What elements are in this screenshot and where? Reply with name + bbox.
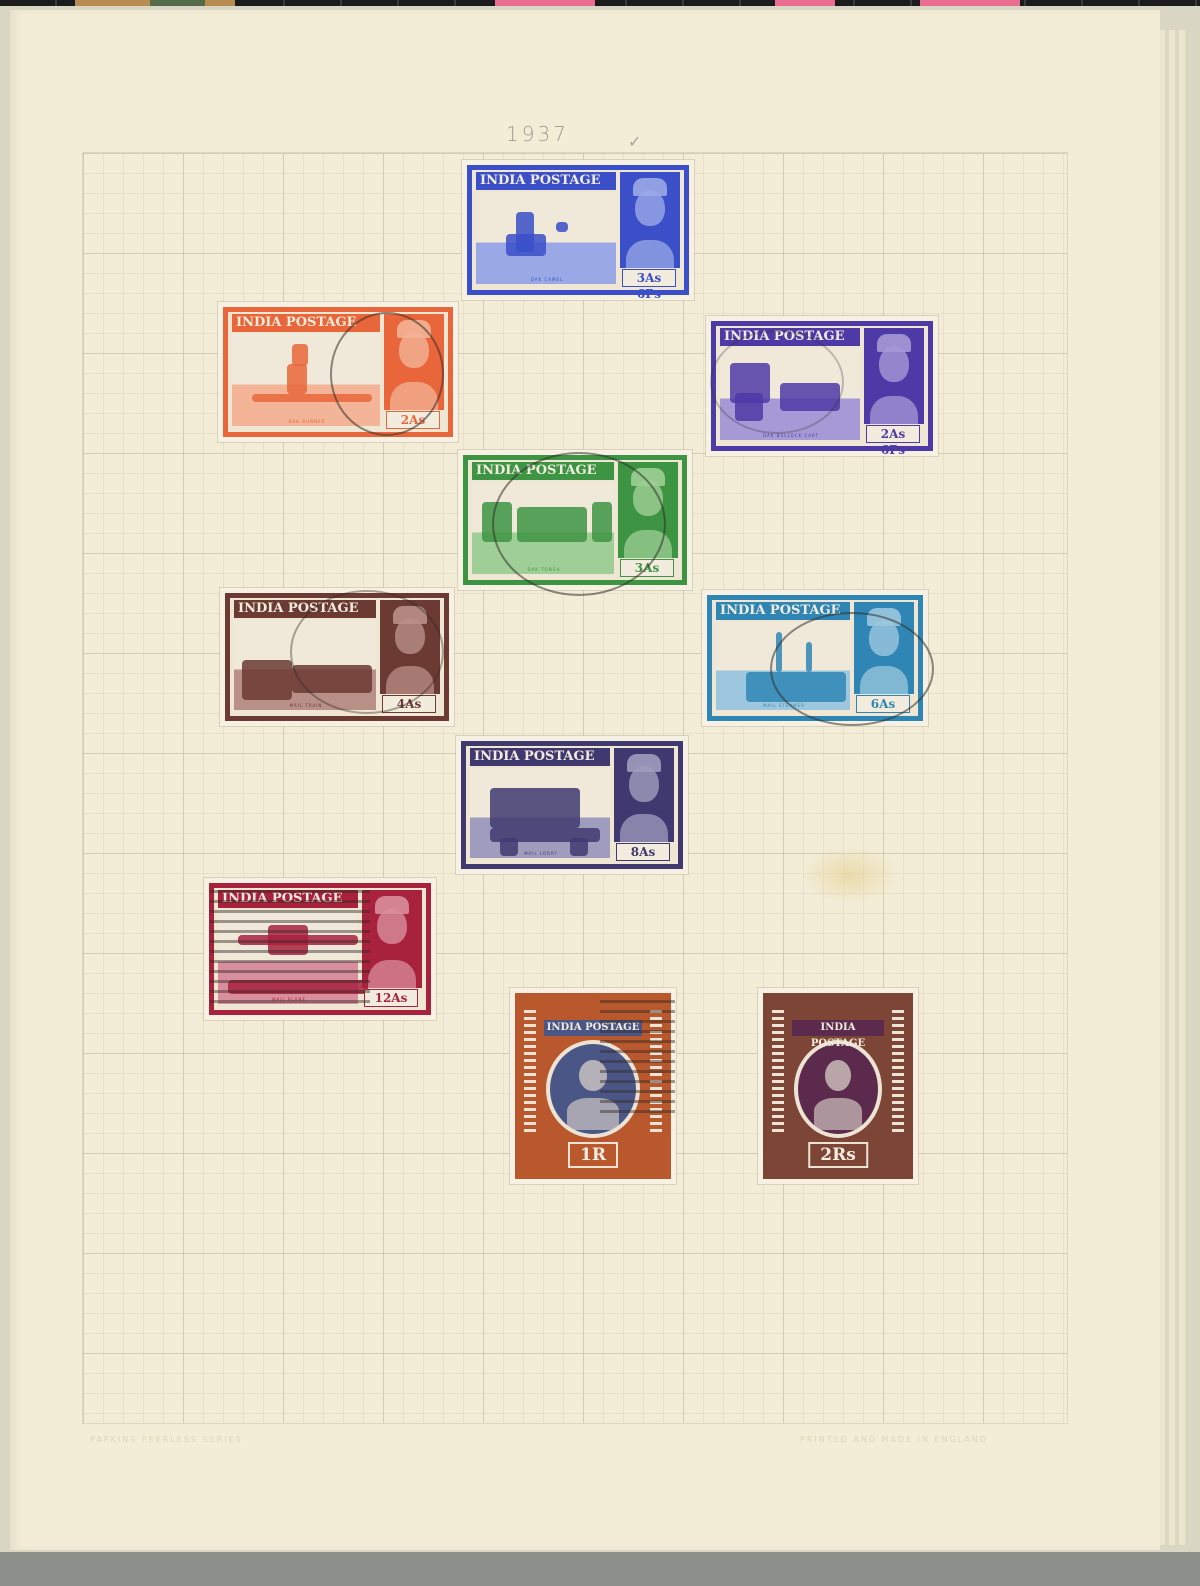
king-bust: [567, 1098, 619, 1130]
stamp-value: 3As 6Ps: [622, 269, 676, 287]
scene-runner: [232, 334, 380, 426]
scene-element: [490, 788, 580, 828]
scene-camel: [476, 192, 616, 284]
stamp-title: INDIA POSTAGE: [716, 602, 850, 620]
stamp-value: 8As: [616, 843, 670, 861]
ornament-right: [650, 1010, 662, 1134]
footer-printer: PRINTED AND MADE IN ENGLAND: [800, 1435, 988, 1444]
stamp-caption: MAIL TRAIN: [238, 703, 374, 708]
scene-element: [506, 234, 546, 256]
scene-bullock-cart: [720, 348, 860, 440]
scene-element: [482, 502, 512, 542]
king-head: [825, 1060, 851, 1091]
stamp-caption: MAIL LORRY: [474, 851, 608, 856]
stamp-title: INDIA POSTAGE: [470, 748, 610, 766]
stamp-4a: INDIA POSTAGE MAIL TRAIN 4As: [220, 588, 454, 726]
crown-icon: [393, 606, 427, 624]
stamp-frame: INDIA POSTAGE 2Rs: [764, 994, 912, 1178]
stamp-title: INDIA POSTAGE: [472, 462, 614, 480]
scene-element: [252, 394, 372, 402]
stamp-caption: DAK BULLOCK CART: [724, 433, 858, 438]
stamp-title: INDIA POSTAGE: [476, 172, 616, 190]
king-portrait-panel: [362, 890, 422, 988]
stamp-frame: INDIA POSTAGE DAK BULLOCK CART 2As 6Ps: [712, 322, 932, 450]
stamp-frame: INDIA POSTAGE MAIL TRAIN 4As: [226, 594, 448, 720]
stamp-caption: DAK TONGA: [476, 567, 612, 572]
scene-tonga: [472, 482, 614, 574]
scene-element: [746, 672, 846, 702]
stamp-title: INDIA POSTAGE: [544, 1020, 642, 1036]
foxing-stain: [800, 845, 900, 905]
scene-element: [287, 364, 307, 394]
stamp-title: INDIA POSTAGE: [218, 890, 358, 908]
scene-steamer: [716, 622, 850, 710]
stamp-title: INDIA POSTAGE: [234, 600, 376, 618]
king-portrait-panel: [620, 172, 680, 268]
king-portrait-panel: [618, 462, 678, 558]
stamp-8a: INDIA POSTAGE MAIL LORRY 8As: [456, 736, 688, 874]
page-edge: [1178, 30, 1186, 1545]
scene-element: [268, 925, 308, 955]
stamp-1r: INDIA POSTAGE 1R: [510, 988, 676, 1184]
stamp-2a: INDIA POSTAGE DAK RUNNER 2As: [218, 302, 458, 442]
king-portrait-panel: [380, 600, 440, 694]
stamp-value: 6As: [856, 695, 910, 713]
scene-element: [780, 383, 840, 411]
stamp-2a6p: INDIA POSTAGE DAK BULLOCK CART 2As 6Ps: [706, 316, 938, 456]
king-bust: [624, 530, 672, 558]
scene-element: [806, 642, 812, 672]
scene-element: [517, 507, 587, 542]
crown-icon: [877, 334, 911, 352]
stamp-frame: INDIA POSTAGE DAK TONGA 3As: [464, 456, 686, 584]
crown-icon: [631, 468, 665, 486]
scene-element: [292, 344, 308, 366]
stamp-frame: INDIA POSTAGE DAK CAMEL 3As 6Ps: [468, 166, 688, 294]
king-bust: [860, 666, 908, 694]
king-bust: [368, 960, 416, 988]
stamp-3a6p: INDIA POSTAGE DAK CAMEL 3As 6Ps: [462, 160, 694, 300]
stamp-value: 1R: [568, 1142, 618, 1168]
scene-element: [776, 632, 782, 672]
ornament-right: [892, 1010, 904, 1134]
king-bust: [626, 240, 674, 268]
stamp-title: INDIA POSTAGE: [232, 314, 380, 332]
crown-icon: [375, 896, 409, 914]
crown-icon: [867, 608, 901, 626]
stamp-frame: INDIA POSTAGE DAK RUNNER 2As: [224, 308, 452, 436]
king-bust: [390, 382, 438, 410]
king-bust: [870, 396, 918, 424]
crown-icon: [397, 320, 431, 338]
king-portrait-panel: [864, 328, 924, 424]
year-annotation: 1937: [506, 122, 569, 146]
king-portrait-panel: [854, 602, 914, 694]
stamp-6a: INDIA POSTAGE MAIL STEAMER 6As: [702, 590, 928, 726]
scene-element: [556, 222, 568, 232]
footer-series: PAPKINS PEERLESS SERIES: [90, 1435, 243, 1444]
ornament-left: [772, 1010, 784, 1134]
stamp-frame: INDIA POSTAGE MAIL LORRY 8As: [462, 742, 682, 868]
king-portrait-panel: [384, 314, 444, 410]
stamp-value: 2As: [386, 411, 440, 429]
stamp-frame: INDIA POSTAGE 1R: [516, 994, 670, 1178]
stamp-3a: INDIA POSTAGE DAK TONGA 3As: [458, 450, 692, 590]
king-portrait-oval: [794, 1040, 882, 1138]
stamp-frame: INDIA POSTAGE MAIL STEAMER 6As: [708, 596, 922, 720]
scene-plane: [218, 910, 358, 1004]
king-portrait-oval: [546, 1040, 640, 1138]
scene-lorry: [470, 768, 610, 858]
stamp-caption: DAK CAMEL: [480, 277, 614, 282]
scene-element: [735, 393, 763, 421]
scene-element: [228, 980, 368, 994]
crown-icon: [633, 178, 667, 196]
scene-element: [292, 665, 372, 693]
scene-element: [242, 660, 292, 700]
page-edge: [1168, 30, 1176, 1545]
stamp-value: 2Rs: [808, 1142, 868, 1168]
king-bust: [620, 814, 668, 842]
stamp-value: 12As: [364, 989, 418, 1007]
stamp-caption: MAIL STEAMER: [720, 703, 848, 708]
stamp-value: 3As: [620, 559, 674, 577]
stamp-12a: INDIA POSTAGE MAIL PLANE 12As: [204, 878, 436, 1020]
king-portrait-panel: [614, 748, 674, 842]
stamp-2r: INDIA POSTAGE 2Rs: [758, 988, 918, 1184]
king-head: [579, 1060, 607, 1091]
stamp-caption: MAIL PLANE: [222, 997, 356, 1002]
stamp-frame: INDIA POSTAGE MAIL PLANE 12As: [210, 884, 430, 1014]
king-bust: [386, 666, 434, 694]
scene-train: [234, 620, 376, 710]
table-surface: [0, 1552, 1200, 1586]
stamp-caption: DAK RUNNER: [236, 419, 378, 424]
stamp-value: 2As 6Ps: [866, 425, 920, 443]
scene-element: [592, 502, 612, 542]
king-bust: [814, 1098, 862, 1130]
stamp-value: 4As: [382, 695, 436, 713]
stamp-title: INDIA POSTAGE: [720, 328, 860, 346]
pencil-tick: ✓: [628, 132, 641, 151]
ornament-left: [524, 1010, 536, 1134]
crown-icon: [627, 754, 661, 772]
stamp-title: INDIA POSTAGE: [792, 1020, 884, 1036]
